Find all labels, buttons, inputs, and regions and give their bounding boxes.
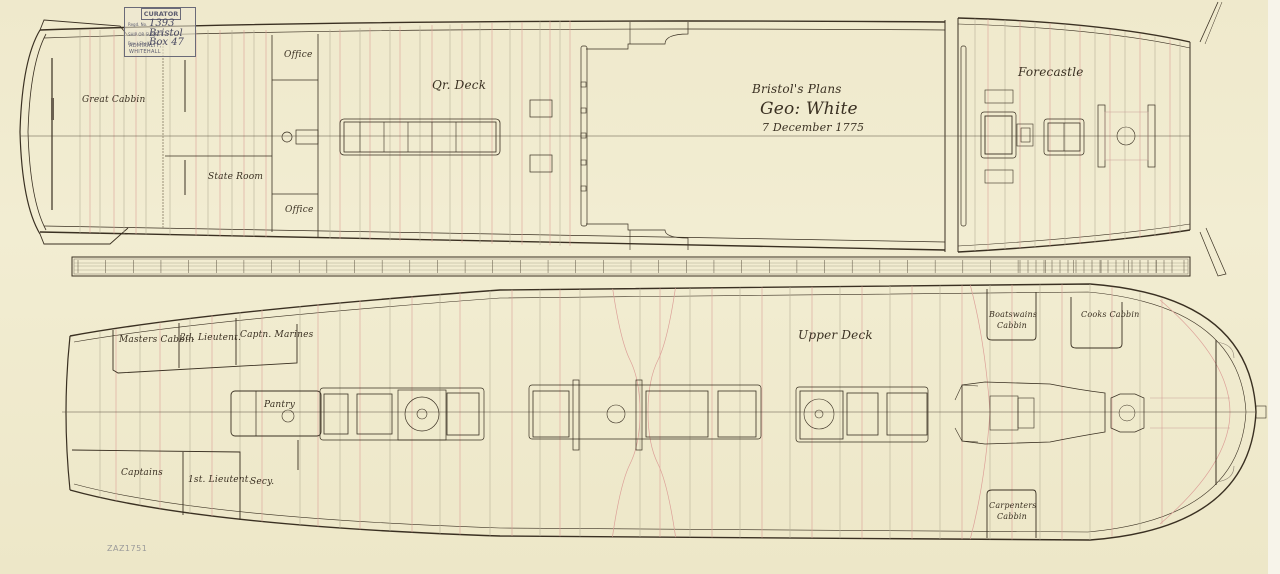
room-label: 2d. Lieutent. [180, 333, 241, 343]
curator-stamp: CURATOR Regd. No. 1393 SHIP OR SUBJECT B… [124, 7, 196, 57]
room-label: Captains [121, 468, 163, 478]
upper-deck-plan [62, 280, 1266, 560]
deck-label-upper-deck: Upper Deck [798, 328, 873, 342]
room-label: Captn. Marines [240, 330, 313, 340]
stamp-row-label: Regd. No. [128, 22, 147, 27]
room-label: Office [284, 50, 313, 60]
room-label: State Room [208, 172, 263, 182]
ship-plan-drawing [0, 0, 1280, 574]
room-label: Carpenters Cabbin [989, 500, 1035, 522]
archive-reference: ZAZ1751 [107, 544, 147, 553]
stamp-footer: ADMIRALTY, WHITEHALL [129, 43, 195, 55]
room-label: 1st. Lieutent. [188, 475, 252, 485]
forecastle-plan [945, 0, 1226, 276]
room-label: Secy. [250, 477, 274, 487]
deck-label-forecastle: Forecastle [1018, 65, 1084, 79]
room-label: Pantry [264, 400, 295, 410]
room-label: Boatswains Cabbin [989, 309, 1035, 331]
room-label: Great Cabbin [82, 95, 146, 105]
scale-bar [72, 257, 1190, 276]
room-label: Cooks Cabbin [1081, 310, 1140, 319]
signature: Geo: White [760, 99, 858, 119]
deck-label-quarterdeck: Qr. Deck [432, 78, 486, 92]
plan-date: 7 December 1775 [762, 121, 864, 134]
room-label: Office [285, 205, 314, 215]
plan-title: Bristol's Plans [752, 82, 842, 96]
